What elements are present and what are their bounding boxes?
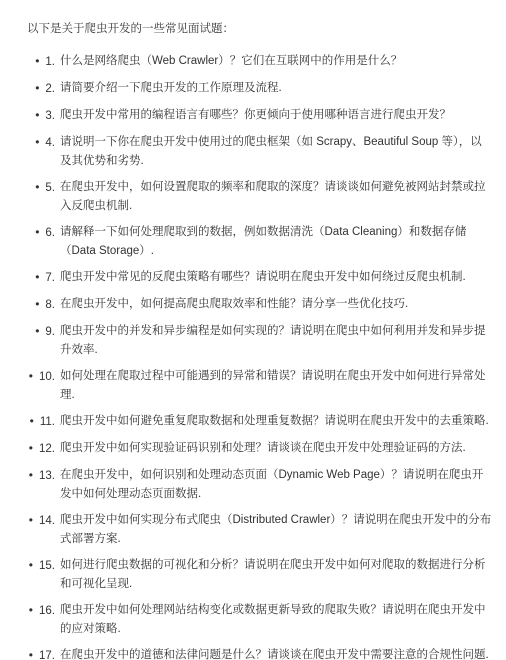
question-item: 12. 爬虫开发中如何实现验证码识别和处理？请谈谈在爬虫开发中处理验证码的方法. <box>22 439 492 459</box>
question-item: 14. 爬虫开发中如何实现分布式爬虫（Distributed Crawler）？… <box>22 511 492 549</box>
list-marker: 6. <box>22 223 55 243</box>
list-marker: 15. <box>22 556 55 576</box>
question-number: 1. <box>45 53 55 72</box>
question-item: 9. 爬虫开发中的并发和异步编程是如何实现的？请说明在爬虫中如何利用并发和异步提… <box>22 322 492 360</box>
question-number: 15. <box>39 557 55 576</box>
question-text: 爬虫开发中如何实现分布式爬虫（Distributed Crawler）？请说明在… <box>60 511 492 549</box>
question-text: 如何处理在爬取过程中可能遇到的异常和错误？请说明在爬虫开发中如何进行异常处理. <box>60 367 492 405</box>
question-item: 11. 爬虫开发中如何避免重复爬取数据和处理重复数据？请说明在爬虫开发中的去重策… <box>22 412 492 432</box>
question-number: 17. <box>39 647 55 660</box>
list-marker: 13. <box>22 466 55 486</box>
question-number: 8. <box>45 296 55 315</box>
bullet-icon <box>35 178 39 198</box>
bullet-icon <box>29 601 33 621</box>
document-page: 以下是关于爬虫开发的一些常见面试题： 1. 什么是网络爬虫（Web Crawle… <box>0 0 506 660</box>
bullet-icon <box>29 646 33 660</box>
list-marker: 11. <box>22 412 55 432</box>
question-text: 在爬虫开发中，如何设置爬取的频率和爬取的深度？请谈谈如何避免被网站封禁或拉入反爬… <box>60 178 492 216</box>
question-number: 11. <box>40 413 55 432</box>
question-item: 8. 在爬虫开发中，如何提高爬虫爬取效率和性能？请分享一些优化技巧. <box>22 295 492 315</box>
question-text: 请解释一下如何处理爬取到的数据，例如数据清洗（Data Cleaning）和数据… <box>60 223 492 261</box>
question-item: 16. 爬虫开发中如何处理网站结构变化或数据更新导致的爬取失败？请说明在爬虫开发… <box>22 601 492 639</box>
question-text: 在爬虫开发中，如何识别和处理动态页面（Dynamic Web Page）？请说明… <box>60 466 492 504</box>
list-marker: 17. <box>22 646 55 660</box>
question-number: 5. <box>45 179 55 198</box>
question-text: 请说明一下你在爬虫开发中使用过的爬虫框架（如 Scrapy、Beautiful … <box>60 133 492 171</box>
question-item: 5. 在爬虫开发中，如何设置爬取的频率和爬取的深度？请谈谈如何避免被网站封禁或拉… <box>22 178 492 216</box>
bullet-icon <box>29 556 33 576</box>
bullet-icon <box>29 439 33 459</box>
bullet-icon <box>29 367 33 387</box>
question-number: 2. <box>45 80 55 99</box>
bullet-icon <box>35 268 39 288</box>
bullet-icon <box>30 412 34 432</box>
question-item: 17. 在爬虫开发中的道德和法律问题是什么？请谈谈在爬虫开发中需要注意的合规性问… <box>22 646 492 660</box>
question-item: 15. 如何进行爬虫数据的可视化和分析？请说明在爬虫开发中如何对爬取的数据进行分… <box>22 556 492 594</box>
question-number: 14. <box>39 512 55 531</box>
question-item: 10. 如何处理在爬取过程中可能遇到的异常和错误？请说明在爬虫开发中如何进行异常… <box>22 367 492 405</box>
question-number: 10. <box>39 368 55 387</box>
bullet-icon <box>35 52 39 72</box>
list-marker: 10. <box>22 367 55 387</box>
list-marker: 14. <box>22 511 55 531</box>
bullet-icon <box>35 79 39 99</box>
question-number: 6. <box>45 224 55 243</box>
question-item: 3. 爬虫开发中常用的编程语言有哪些？你更倾向于使用哪种语言进行爬虫开发？ <box>22 106 492 126</box>
question-text: 爬虫开发中常用的编程语言有哪些？你更倾向于使用哪种语言进行爬虫开发？ <box>60 106 492 125</box>
question-text: 爬虫开发中如何避免重复爬取数据和处理重复数据？请说明在爬虫开发中的去重策略. <box>60 412 492 431</box>
question-text: 什么是网络爬虫（Web Crawler）？它们在互联网中的作用是什么？ <box>60 52 492 71</box>
list-marker: 2. <box>22 79 55 99</box>
question-text: 爬虫开发中如何实现验证码识别和处理？请谈谈在爬虫开发中处理验证码的方法. <box>60 439 492 458</box>
list-marker: 12. <box>22 439 55 459</box>
question-number: 7. <box>45 269 55 288</box>
question-item: 4. 请说明一下你在爬虫开发中使用过的爬虫框架（如 Scrapy、Beautif… <box>22 133 492 171</box>
bullet-icon <box>35 295 39 315</box>
list-marker: 9. <box>22 322 55 342</box>
question-number: 12. <box>39 440 55 459</box>
bullet-icon <box>35 223 39 243</box>
question-item: 6. 请解释一下如何处理爬取到的数据，例如数据清洗（Data Cleaning）… <box>22 223 492 261</box>
question-number: 13. <box>39 467 55 486</box>
question-text: 如何进行爬虫数据的可视化和分析？请说明在爬虫开发中如何对爬取的数据进行分析和可视… <box>60 556 492 594</box>
list-marker: 1. <box>22 52 55 72</box>
bullet-icon <box>29 466 33 486</box>
question-text: 爬虫开发中的并发和异步编程是如何实现的？请说明在爬虫中如何利用并发和异步提升效率… <box>60 322 492 360</box>
question-item: 1. 什么是网络爬虫（Web Crawler）？它们在互联网中的作用是什么？ <box>22 52 492 72</box>
question-text: 在爬虫开发中的道德和法律问题是什么？请谈谈在爬虫开发中需要注意的合规性问题. <box>60 646 492 660</box>
question-number: 4. <box>45 134 55 153</box>
question-text: 在爬虫开发中，如何提高爬虫爬取效率和性能？请分享一些优化技巧. <box>60 295 492 314</box>
bullet-icon <box>35 106 39 126</box>
list-marker: 7. <box>22 268 55 288</box>
list-marker: 8. <box>22 295 55 315</box>
question-item: 13. 在爬虫开发中，如何识别和处理动态页面（Dynamic Web Page）… <box>22 466 492 504</box>
bullet-icon <box>29 511 33 531</box>
list-marker: 3. <box>22 106 55 126</box>
question-item: 2. 请简要介绍一下爬虫开发的工作原理及流程. <box>22 79 492 99</box>
intro-text: 以下是关于爬虫开发的一些常见面试题： <box>18 20 492 39</box>
question-item: 7. 爬虫开发中常见的反爬虫策略有哪些？请说明在爬虫开发中如何绕过反爬虫机制. <box>22 268 492 288</box>
bullet-icon <box>35 133 39 153</box>
question-number: 9. <box>45 323 55 342</box>
list-marker: 4. <box>22 133 55 153</box>
question-list: 1. 什么是网络爬虫（Web Crawler）？它们在互联网中的作用是什么？ 2… <box>18 52 492 660</box>
bullet-icon <box>35 322 39 342</box>
list-marker: 16. <box>22 601 55 621</box>
list-marker: 5. <box>22 178 55 198</box>
question-number: 3. <box>45 107 55 126</box>
question-text: 爬虫开发中如何处理网站结构变化或数据更新导致的爬取失败？请说明在爬虫开发中的应对… <box>60 601 492 639</box>
question-text: 爬虫开发中常见的反爬虫策略有哪些？请说明在爬虫开发中如何绕过反爬虫机制. <box>60 268 492 287</box>
question-number: 16. <box>39 602 55 621</box>
question-text: 请简要介绍一下爬虫开发的工作原理及流程. <box>60 79 492 98</box>
